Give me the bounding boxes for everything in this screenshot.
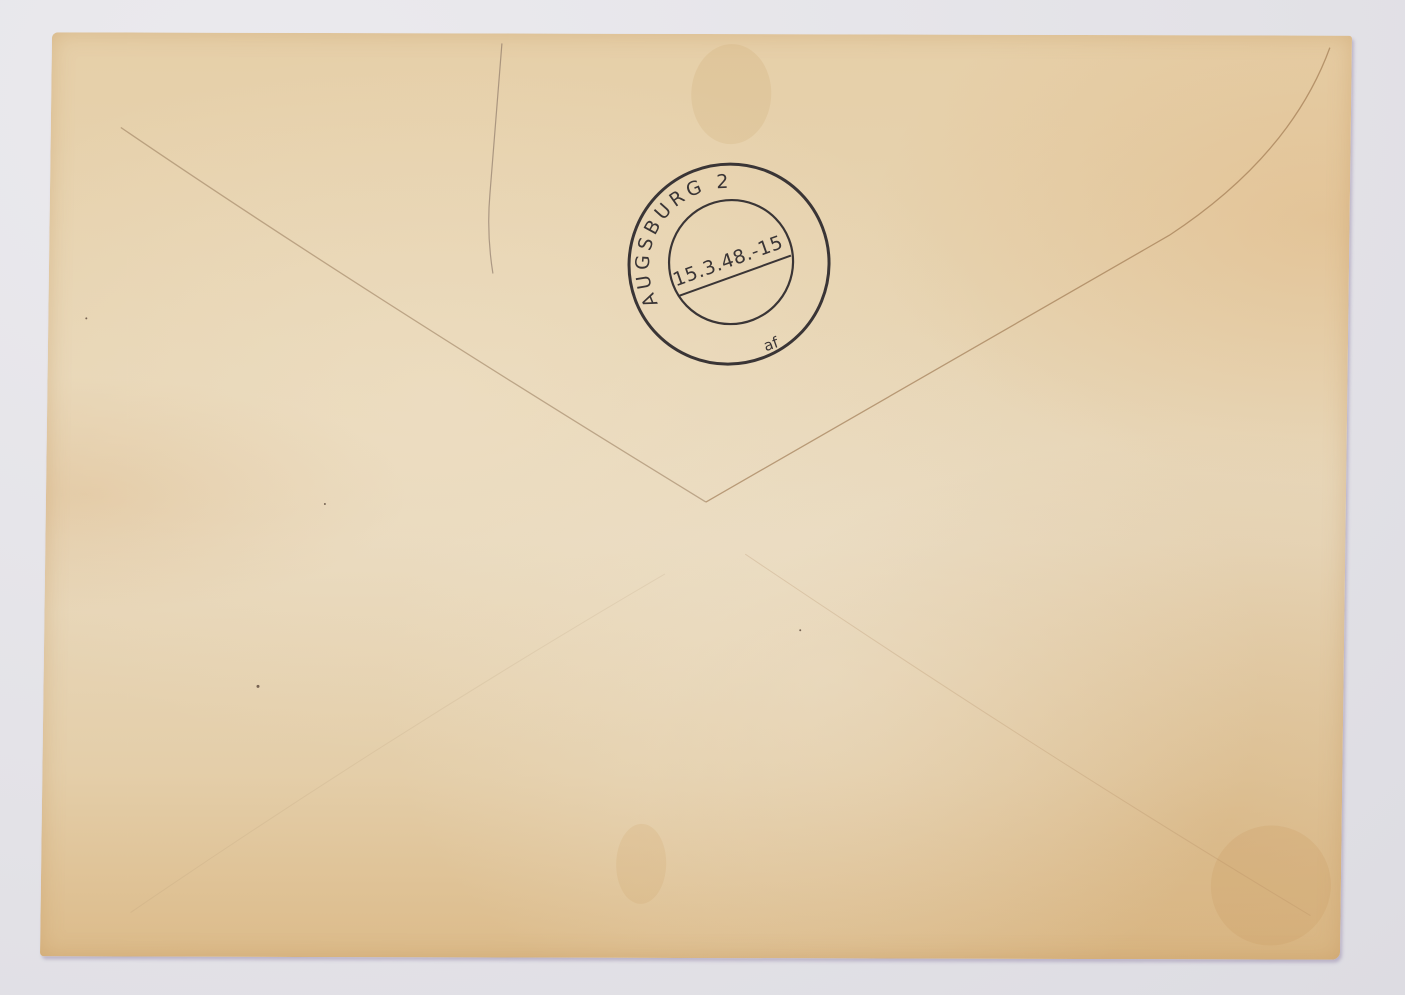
postmark-city: AUGSBURG 2 [631, 170, 733, 310]
paper-speck [256, 685, 259, 688]
paper-speck [324, 503, 326, 505]
postmark: AUGSBURG 2 15.3.48.-15 af [623, 159, 836, 370]
paper-speck [799, 629, 801, 631]
paper-speck [85, 317, 87, 319]
envelope: AUGSBURG 2 15.3.48.-15 af [40, 32, 1352, 959]
postmark-date: 15.3.48.-15 [670, 231, 786, 291]
